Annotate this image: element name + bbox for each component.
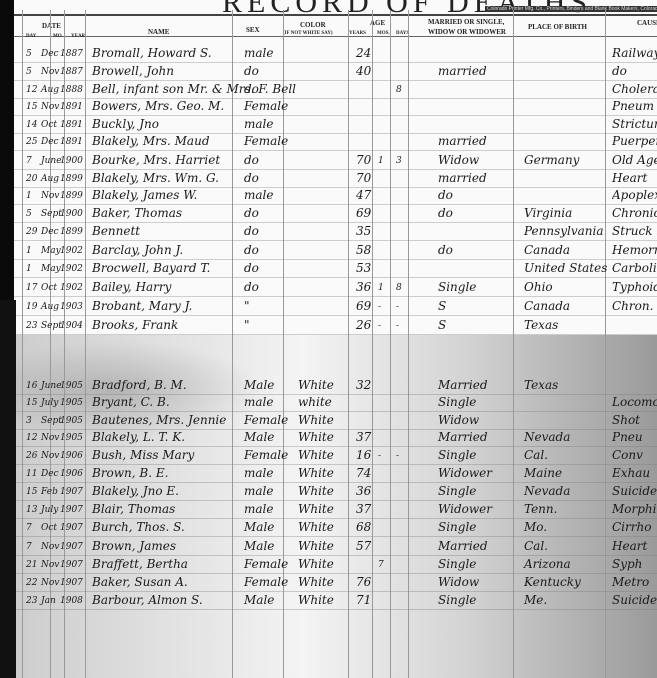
record-day: 1 (26, 191, 32, 201)
record-sex: male (244, 188, 273, 202)
record-year: 1891 (60, 137, 83, 147)
record-sex: Female (244, 448, 288, 462)
record-year: 1902 (60, 246, 83, 256)
record-sex: " (244, 318, 250, 332)
record-birthplace: Nevada (524, 430, 570, 444)
record-marital-status: Married (438, 430, 488, 444)
record-marital-status: Widow (438, 575, 479, 589)
header-month: Mo. (53, 34, 63, 39)
record-year: 1899 (60, 174, 83, 184)
record-day: 17 (26, 283, 37, 293)
record-day: 3 (26, 416, 32, 426)
record-cause: Hemorr (612, 243, 657, 257)
record-age-years: 16 (356, 448, 371, 462)
record-birthplace: Germany (524, 153, 579, 167)
header-color: COLOR (300, 21, 326, 29)
record-month: Feb (41, 487, 58, 497)
record-color: White (298, 448, 334, 462)
record-cause: Chronic (612, 206, 657, 220)
row-rule (14, 62, 657, 63)
record-marital-status: married (438, 64, 487, 78)
record-age-months: - (378, 302, 381, 312)
record-age-years: 69 (356, 299, 371, 313)
record-year: 1907 (60, 542, 83, 552)
record-color: White (298, 484, 334, 498)
record-marital-status: Single (438, 395, 476, 409)
row-rule (14, 277, 657, 278)
record-year: 1907 (60, 523, 83, 533)
record-cause: Morphine (612, 502, 657, 516)
row-rule (14, 204, 657, 205)
record-color: White (298, 539, 334, 553)
record-year: 1905 (60, 433, 83, 443)
record-sex: do (244, 64, 259, 78)
record-day: 12 (26, 85, 37, 95)
column-rule (408, 10, 409, 678)
record-day: 1 (26, 246, 32, 256)
row-rule (14, 315, 657, 316)
record-color: White (298, 430, 334, 444)
record-year: 1908 (60, 596, 83, 606)
record-age-months: - (378, 451, 381, 461)
record-birthplace: Arizona (524, 557, 571, 571)
record-cause: Apoplexy (612, 188, 657, 202)
record-year: 1899 (60, 191, 83, 201)
record-month: Nov (41, 578, 59, 588)
record-sex: Female (244, 99, 288, 113)
record-sex: Male (244, 520, 274, 534)
record-day: 15 (26, 487, 37, 497)
record-month: Jan (41, 596, 56, 606)
record-marital-status: Widower (438, 466, 492, 480)
record-marital-status: Widow (438, 413, 479, 427)
record-year: 1888 (60, 85, 83, 95)
record-name: Barclay, John J. (92, 243, 183, 257)
record-name: Blakely, L. T. K. (92, 430, 185, 444)
record-age-years: 35 (356, 224, 371, 238)
record-day: 23 (26, 596, 37, 606)
record-month: Aug (41, 302, 59, 312)
record-color: White (298, 466, 334, 480)
record-age-years: 57 (356, 539, 371, 553)
record-day: 7 (26, 542, 32, 552)
record-name: Bryant, C. B. (92, 395, 170, 409)
record-age-years: 24 (356, 46, 371, 60)
record-sex: male (244, 484, 273, 498)
column-rule (22, 10, 23, 678)
column-rule (372, 10, 373, 678)
record-sex: Female (244, 413, 288, 427)
record-year: 1900 (60, 156, 83, 166)
record-color: White (298, 520, 334, 534)
record-sex: do (244, 171, 259, 185)
record-month: Nov (41, 560, 59, 570)
record-month: June (41, 381, 62, 391)
record-age-years: 71 (356, 593, 371, 607)
record-name: Brooks, Frank (92, 318, 178, 332)
column-rule (605, 10, 606, 678)
record-marital-status: Married (438, 539, 488, 553)
record-month: Nov (41, 433, 59, 443)
record-cause: Old Age (612, 153, 657, 167)
record-birthplace: Cal. (524, 448, 548, 462)
record-day: 11 (26, 469, 37, 479)
record-sex: male (244, 395, 273, 409)
record-month: Aug (41, 174, 59, 184)
record-day: 16 (26, 381, 37, 391)
record-age-days: - (396, 302, 399, 312)
record-age-years: 40 (356, 64, 371, 78)
record-name: Blakely, Mrs. Maud (92, 134, 210, 148)
record-color: White (298, 378, 334, 392)
record-month: Sept (41, 321, 62, 331)
record-sex: do (244, 206, 259, 220)
record-month: May (41, 264, 61, 274)
record-sex: Male (244, 539, 274, 553)
record-year: 1905 (60, 416, 83, 426)
record-year: 1900 (60, 209, 83, 219)
record-year: 1907 (60, 560, 83, 570)
record-day: 1 (26, 264, 32, 274)
record-cause: Heart (612, 539, 657, 553)
record-marital-status: Married (438, 378, 488, 392)
header-years: Years (349, 31, 366, 36)
row-rule (14, 334, 657, 335)
record-color: White (298, 502, 334, 516)
header-marital-2: WIDOW OR WIDOWER (428, 28, 506, 36)
record-day: 15 (26, 102, 37, 112)
row-rule (14, 518, 657, 519)
record-age-years: 37 (356, 430, 371, 444)
header-name: NAME (148, 28, 169, 36)
record-day: 23 (26, 321, 37, 331)
record-age-months: 1 (378, 283, 384, 293)
record-cause: Carbolic (612, 261, 657, 275)
record-name: Bush, Miss Mary (92, 448, 194, 462)
record-age-years: 70 (356, 171, 371, 185)
record-month: June (41, 156, 62, 166)
record-birthplace: Kentucky (524, 575, 581, 589)
header-day: Day (26, 34, 36, 39)
record-marital-status: S (438, 318, 446, 332)
record-marital-status: Single (438, 484, 476, 498)
record-year: 1905 (60, 398, 83, 408)
column-rule (390, 10, 391, 678)
record-sex: do (244, 224, 259, 238)
row-rule (14, 446, 657, 447)
record-sex: Female (244, 134, 288, 148)
record-cause: Metro (612, 575, 657, 589)
record-month: Oct (41, 523, 57, 533)
header-sex: SEX (246, 26, 260, 34)
record-month: Nov (41, 451, 59, 461)
record-birthplace: United States (524, 261, 607, 275)
record-age-days: 3 (396, 156, 402, 166)
record-marital-status: Single (438, 520, 476, 534)
row-rule (14, 536, 657, 537)
record-cause: Pneum (612, 99, 657, 113)
record-sex: male (244, 46, 273, 60)
record-cause: Shot (612, 413, 657, 427)
record-age-months: 7 (378, 560, 384, 570)
row-rule (14, 222, 657, 223)
record-year: 1903 (60, 302, 83, 312)
record-name: Buckly, Jno (92, 117, 159, 131)
record-month: Sept (41, 416, 62, 426)
record-marital-status: do (438, 243, 453, 257)
record-name: Brown, James (92, 539, 176, 553)
record-name: Baker, Thomas (92, 206, 182, 220)
row-rule (14, 555, 657, 556)
record-marital-status: Single (438, 557, 476, 571)
scan-edge-shadow (0, 300, 16, 678)
record-name: Barbour, Almon S. (92, 593, 203, 607)
record-month: Dec (41, 469, 59, 479)
record-birthplace: Cal. (524, 539, 548, 553)
record-year: 1899 (60, 227, 83, 237)
record-day: 5 (26, 49, 32, 59)
row-rule (14, 573, 657, 574)
record-month: Oct (41, 120, 57, 130)
header-color-note: (IF NOT WHITE SAY) (283, 31, 333, 36)
record-sex: Male (244, 593, 274, 607)
record-sex: male (244, 466, 273, 480)
record-sex: do (244, 243, 259, 257)
record-day: 13 (26, 505, 37, 515)
row-rule (14, 80, 657, 81)
printer-imprint: Colorado Printer Mfg. Co., Printers, Bin… (485, 6, 657, 12)
record-name: Bowers, Mrs. Geo. M. (92, 99, 224, 113)
record-year: 1902 (60, 264, 83, 274)
record-marital-status: do (438, 206, 453, 220)
header-birthplace: PLACE OF BIRTH (528, 23, 587, 31)
header-year: Year (71, 34, 85, 39)
record-marital-status: married (438, 134, 487, 148)
row-rule (14, 259, 657, 260)
record-cause: Cirrho (612, 520, 657, 534)
record-age-years: 47 (356, 188, 371, 202)
death-record-page: RECORD OF DEATHS Colorado Printer Mfg. C… (0, 0, 657, 678)
record-day: 7 (26, 156, 32, 166)
record-name: Bromall, Howard S. (92, 46, 212, 60)
record-birthplace: Tenn. (524, 502, 557, 516)
record-day: 29 (26, 227, 37, 237)
record-sex: " (244, 299, 250, 313)
record-age-years: 37 (356, 502, 371, 516)
header-rule-bottom (10, 36, 657, 37)
record-name: Blakely, Jno E. (92, 484, 179, 498)
record-color: White (298, 593, 334, 607)
record-age-years: 26 (356, 318, 371, 332)
record-month: Dec (41, 137, 59, 147)
record-month: Dec (41, 227, 59, 237)
record-age-days: 8 (396, 283, 402, 293)
record-color: White (298, 557, 334, 571)
record-sex: Female (244, 575, 288, 589)
record-sex: do (244, 280, 259, 294)
record-day: 5 (26, 67, 32, 77)
record-age-years: 53 (356, 261, 371, 275)
record-cause: Suicide (612, 593, 657, 607)
record-color: white (298, 395, 332, 409)
record-age-years: 70 (356, 153, 371, 167)
record-age-years: 58 (356, 243, 371, 257)
record-color: White (298, 413, 334, 427)
record-age-years: 68 (356, 520, 371, 534)
record-birthplace: Texas (524, 378, 558, 392)
record-year: 1891 (60, 102, 83, 112)
record-day: 5 (26, 209, 32, 219)
record-birthplace: Virginia (524, 206, 572, 220)
record-year: 1907 (60, 487, 83, 497)
record-sex: do (244, 153, 259, 167)
record-month: Nov (41, 191, 59, 201)
record-year: 1907 (60, 505, 83, 515)
record-month: May (41, 246, 61, 256)
record-color: White (298, 575, 334, 589)
row-rule (14, 482, 657, 483)
record-month: Dec (41, 49, 59, 59)
record-day: 21 (26, 560, 37, 570)
record-day: 7 (26, 523, 32, 533)
record-marital-status: Single (438, 593, 476, 607)
record-cause: Conv (612, 448, 657, 462)
header-months: Mos. (377, 31, 390, 36)
record-cause: do (612, 64, 657, 78)
record-birthplace: Pennsylvania (524, 224, 604, 238)
record-name: Brown, B. E. (92, 466, 168, 480)
record-sex: male (244, 117, 273, 131)
record-month: Aug (41, 85, 59, 95)
record-day: 19 (26, 302, 37, 312)
record-age-months: 1 (378, 156, 384, 166)
record-month: Sept (41, 209, 62, 219)
record-marital-status: Widower (438, 502, 492, 516)
row-rule (14, 296, 657, 297)
record-month: July (41, 505, 58, 515)
record-age-years: 74 (356, 466, 371, 480)
record-cause: Heart (612, 171, 657, 185)
record-name: Bradford, B. M. (92, 378, 187, 392)
record-age-years: 36 (356, 280, 371, 294)
record-birthplace: Ohio (524, 280, 553, 294)
record-marital-status: Single (438, 280, 476, 294)
record-day: 26 (26, 451, 37, 461)
record-marital-status: do (438, 188, 453, 202)
record-cause: Exhau (612, 466, 657, 480)
record-cause: Chron. (612, 299, 657, 313)
row-rule (14, 464, 657, 465)
record-name: Baker, Susan A. (92, 575, 188, 589)
record-birthplace: Texas (524, 318, 558, 332)
row-rule (14, 609, 657, 610)
record-cause: Railway ac (612, 46, 657, 60)
record-sex: do (244, 261, 259, 275)
record-age-days: - (396, 451, 399, 461)
record-sex: Male (244, 430, 274, 444)
record-age-years: 36 (356, 484, 371, 498)
record-year: 1907 (60, 578, 83, 588)
record-marital-status: S (438, 299, 446, 313)
record-name: Browell, John (92, 64, 174, 78)
row-rule (14, 500, 657, 501)
row-rule (14, 150, 657, 151)
record-month: July (41, 398, 58, 408)
record-day: 25 (26, 137, 37, 147)
row-rule (14, 591, 657, 592)
column-rule (348, 10, 349, 678)
record-age-days: - (396, 321, 399, 331)
record-sex: Female (244, 557, 288, 571)
record-sex: male (244, 502, 273, 516)
record-birthplace: Maine (524, 466, 562, 480)
record-name: Bennett (92, 224, 140, 238)
header-cause: CAUSE (637, 19, 657, 27)
record-age-years: 69 (356, 206, 371, 220)
record-year: 1891 (60, 120, 83, 130)
record-age-months: - (378, 321, 381, 331)
record-cause: Pneu (612, 430, 657, 444)
record-day: 20 (26, 174, 37, 184)
record-year: 1905 (60, 381, 83, 391)
record-birthplace: Me. (524, 593, 547, 607)
record-month: Nov (41, 67, 59, 77)
header-rule-top (10, 14, 657, 16)
record-name: Bell, infant son Mr. & Mrs. F. Bell (92, 82, 296, 96)
record-birthplace: Mo. (524, 520, 547, 534)
record-year: 1904 (60, 321, 83, 331)
record-cause: Struck by (612, 224, 657, 238)
record-name: Bautenes, Mrs. Jennie (92, 413, 226, 427)
record-sex: do (244, 82, 259, 96)
record-birthplace: Nevada (524, 484, 570, 498)
record-birthplace: Canada (524, 243, 570, 257)
record-year: 1902 (60, 283, 83, 293)
header-date: DATE (42, 22, 61, 30)
record-name: Blakely, James W. (92, 188, 197, 202)
row-rule (14, 115, 657, 116)
column-rule (232, 10, 233, 678)
row-rule (14, 411, 657, 412)
row-rule (14, 240, 657, 241)
record-marital-status: Widow (438, 153, 479, 167)
record-age-days: 8 (396, 85, 402, 95)
record-cause: Suicide (612, 484, 657, 498)
record-year: 1887 (60, 49, 83, 59)
record-cause: Cholera in (612, 82, 657, 96)
row-rule (14, 169, 657, 170)
record-year: 1887 (60, 67, 83, 77)
column-rule (85, 10, 86, 678)
record-name: Brobant, Mary J. (92, 299, 192, 313)
record-name: Burch, Thos. S. (92, 520, 185, 534)
column-rule (513, 10, 514, 678)
record-day: 12 (26, 433, 37, 443)
record-cause: Typhoid (612, 280, 657, 294)
record-age-years: 76 (356, 575, 371, 589)
record-month: Oct (41, 283, 57, 293)
record-name: Blakely, Mrs. Wm. G. (92, 171, 219, 185)
record-name: Braffett, Bertha (92, 557, 188, 571)
record-cause: Puerperal (612, 134, 657, 148)
record-year: 1906 (60, 451, 83, 461)
record-day: 22 (26, 578, 37, 588)
record-cause: Syph (612, 557, 657, 571)
record-cause: Stricture (612, 117, 657, 131)
record-cause: Locomotive (612, 395, 657, 409)
record-year: 1906 (60, 469, 83, 479)
record-age-years: 32 (356, 378, 371, 392)
